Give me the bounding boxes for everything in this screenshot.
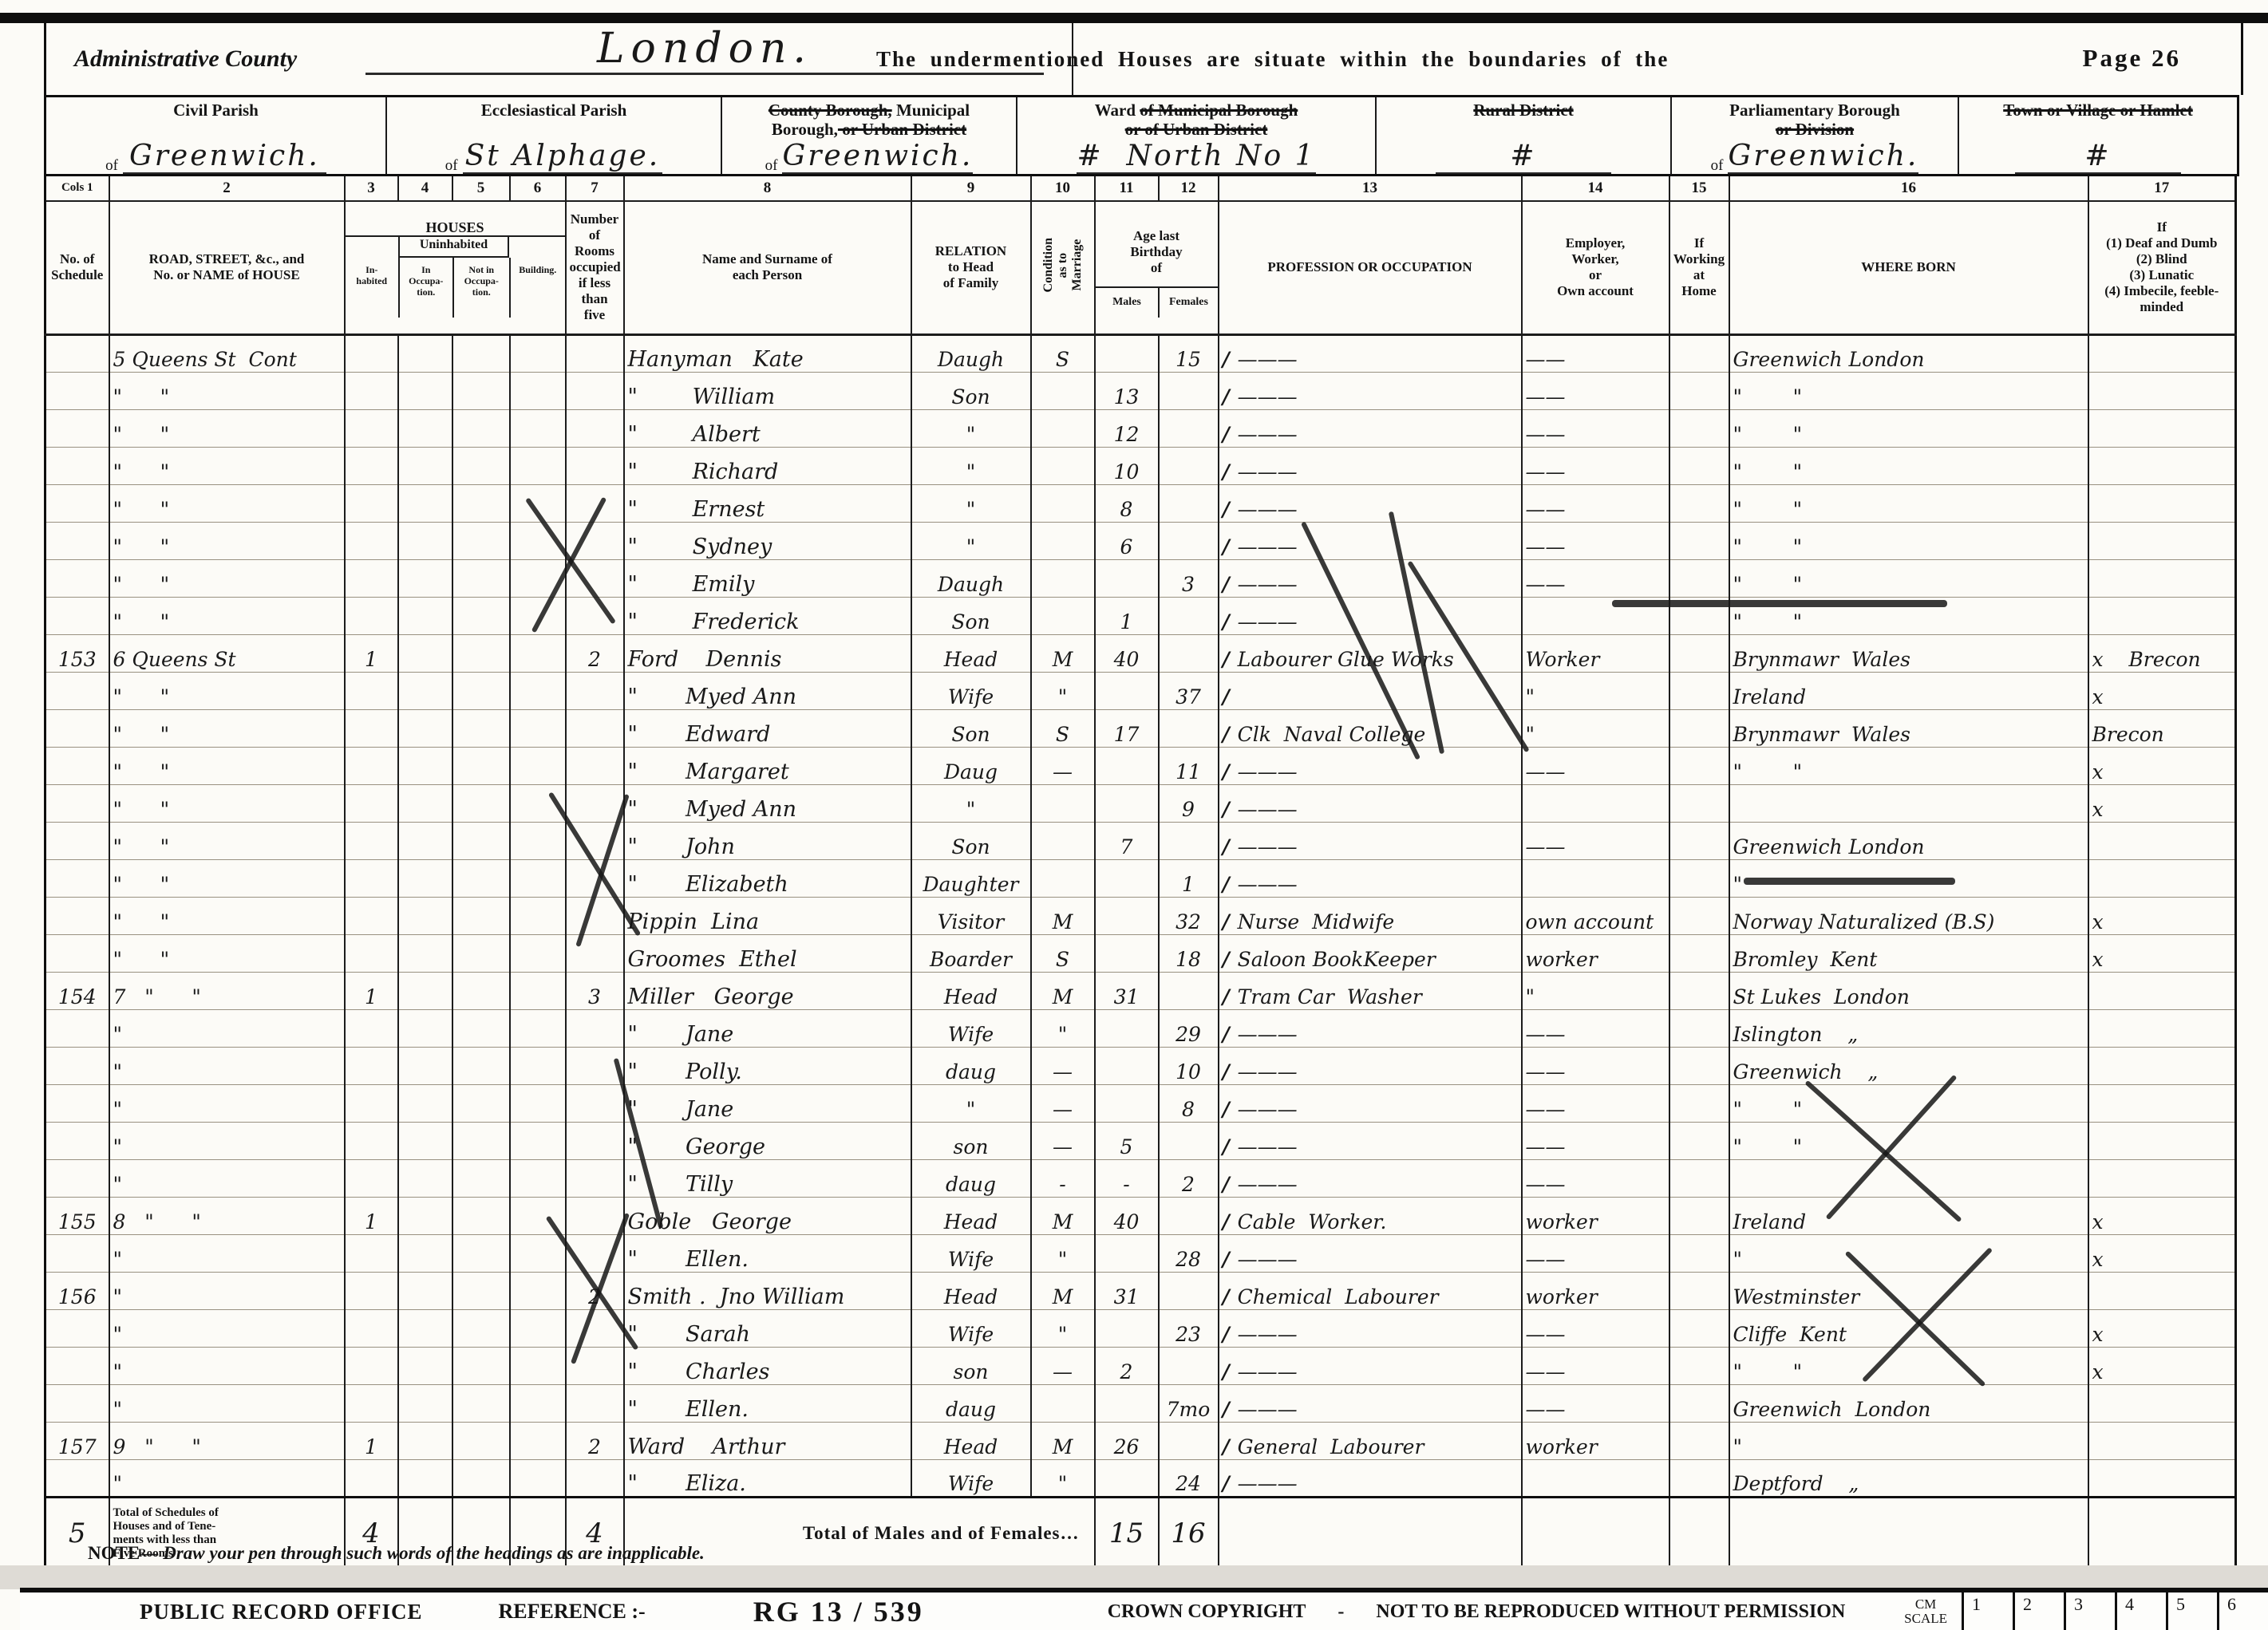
census-row: " "" EmilyDaugh3/—————" " [45,559,2236,597]
cell-relation: Visitor [911,897,1031,934]
cell-relation-value: " [966,1098,976,1121]
cell-infirmity [2088,1422,2236,1459]
cell-age_m [1095,934,1159,972]
cell-infirmity: x [2088,747,2236,784]
cell-at_home [1669,1122,1729,1159]
cell-condition: M [1031,1197,1095,1234]
cell-employer-value: worker [1526,1435,1598,1458]
census-row: " "" EdwardSonS17/Clk Naval College"Bryn… [45,709,2236,747]
cell-uninh_occ [398,1084,452,1122]
cell-age_m [1095,1309,1159,1347]
census-row: " "" Sydney"6/—————" " [45,522,2236,559]
pen-tick-icon: / [1223,1398,1230,1421]
cell-rooms [566,1309,624,1347]
cell-born-value: " " [1733,1135,1803,1158]
cell-occupation: /——— [1219,1122,1522,1159]
cell-uninh_not [452,1272,510,1309]
cell-occupation: /——— [1219,1309,1522,1347]
cell-road: " " [109,559,345,597]
cell-rooms [566,1047,624,1084]
cell-age_f [1159,1422,1219,1459]
cell-employer [1522,784,1669,822]
cell-employer: —— [1522,372,1669,409]
col-number: 14 [1522,176,1669,201]
cell-name: " Ernest [624,484,911,522]
pen-tick-icon: / [1223,798,1230,821]
cell-age_m: 8 [1095,484,1159,522]
cell-age_f: 32 [1159,897,1219,934]
municipal-borough-value: Greenwich. [782,140,973,175]
cell-age_f-value: 37 [1175,685,1201,708]
footnote-text: Draw your pen through such words of the … [163,1543,705,1563]
cell-relation-value: Head [944,648,998,671]
cell-condition [1031,822,1095,859]
cell-uninh_not [452,1347,510,1384]
cell-age_f [1159,822,1219,859]
cell-relation-value: " [966,460,976,483]
cell-occupation-value: ——— [1238,1248,1298,1271]
cell-road-value: " [113,1323,123,1346]
cell-employer-value: —— [1526,573,1566,596]
cell-born: Deptford „ [1729,1459,2088,1497]
cell-road-value: " [113,1472,123,1495]
cell-born-value: Westminster [1733,1285,1860,1308]
cell-name: Ward Arthur [624,1422,911,1459]
cell-infirmity-value: x [2092,1248,2104,1271]
cell-road-value: 8 " " [113,1210,201,1233]
header-age-group: Age last Birthday of Males Females [1095,201,1219,335]
cell-schedule [45,672,109,709]
cell-employer: worker [1522,1197,1669,1234]
cell-age_m: 40 [1095,634,1159,672]
pen-tick-icon: / [1223,760,1230,783]
cell-condition [1031,484,1095,522]
parliamentary-borough-cell: Parliamentary Borough or Division ofGree… [1670,97,1958,176]
cell-age_f: 10 [1159,1047,1219,1084]
cell-age_f-value: 24 [1175,1472,1201,1495]
cell-uninh_occ [398,747,452,784]
cell-uninh_occ [398,1009,452,1047]
cell-road: " " [109,747,345,784]
cell-name: " Jane [624,1009,911,1047]
cell-building [510,1122,566,1159]
cell-name: " Myed Ann [624,672,911,709]
cell-born-value: " " [1733,498,1803,521]
cell-uninh_occ [398,447,452,484]
cell-name: " Emily [624,559,911,597]
cell-rooms [566,897,624,934]
cell-occupation-value: ——— [1238,385,1298,408]
cell-road: " " [109,597,345,634]
cell-uninh_occ [398,1122,452,1159]
cell-uninh_occ [398,934,452,972]
of-label: of [105,157,118,175]
cell-born-value: Brynmawr Wales [1733,723,1910,746]
col-number: 9 [911,176,1031,201]
header-employer: Employer, Worker, or Own account [1522,201,1669,335]
scale-box: 5 [2166,1593,2217,1630]
cell-condition [1031,597,1095,634]
header-houses: HOUSES [346,218,565,237]
cell-road-value: " " [113,460,170,483]
cell-road: " [109,1347,345,1384]
header-building: Building. [509,258,565,318]
cell-road-value: " [113,1360,123,1383]
cell-occupation-value: Tram Car Washer [1238,985,1422,1008]
cell-road: 8 " " [109,1197,345,1234]
cell-road-value: " " [113,723,170,746]
struck-text: of Municipal Borough [1140,101,1298,120]
cell-employer [1522,597,1669,634]
cell-condition: - [1031,1159,1095,1197]
cell-empty [1219,1497,1522,1570]
census-row: " "" Myed Ann"9/———x [45,784,2236,822]
cell-inhabited [345,784,398,822]
cell-infirmity [2088,859,2236,897]
cell-rooms [566,334,624,372]
cell-building [510,1347,566,1384]
cell-condition [1031,559,1095,597]
cell-born [1729,1159,2088,1197]
cell-at_home [1669,972,1729,1009]
cell-inhabited: 1 [345,1422,398,1459]
cell-born: " " [1729,447,2088,484]
cell-relation-value: son [954,1360,989,1383]
cell-uninh_not [452,1422,510,1459]
cell-born-value: " " [1733,460,1803,483]
cell-uninh_occ [398,822,452,859]
cell-age_m-value: 7 [1120,835,1133,858]
cell-age_m [1095,1234,1159,1272]
cell-road-value: " " [113,573,170,596]
cell-condition: M [1031,1422,1095,1459]
cell-age_m-value: 31 [1114,985,1140,1008]
cell-schedule [45,1047,109,1084]
cell-born: Greenwich London [1729,1384,2088,1422]
cell-occupation-value: ——— [1238,1098,1298,1121]
cell-road: " " [109,672,345,709]
cell-road-value: " " [113,798,170,821]
cell-infirmity [2088,1122,2236,1159]
column-numbers-row: Cols 1 2 3 4 5 6 7 8 9 10 11 12 13 14 15… [45,176,2236,201]
cell-name-value: " Frederick [628,610,800,634]
cell-inhabited-value: 1 [365,1210,377,1233]
cell-occupation-value: ——— [1238,423,1298,446]
cell-name-value: " Elizabeth [628,872,788,897]
cell-uninh_not [452,822,510,859]
cell-building [510,334,566,372]
cell-uninh_not [452,634,510,672]
cell-occupation-value: ——— [1238,1472,1298,1495]
cell-employer: worker [1522,1272,1669,1309]
cell-age_f: 3 [1159,559,1219,597]
cell-infirmity: x [2088,934,2236,972]
cell-occupation-value: Nurse Midwife [1238,910,1394,933]
cell-name-value: Hanyman Kate [628,347,804,372]
cell-born-value: " " [1733,573,1803,596]
cell-rooms [566,1347,624,1384]
cell-relation-value: daug [946,1060,996,1083]
cell-uninh_not [452,672,510,709]
footnote-label: NOTE— [88,1543,158,1563]
pen-tick-icon: / [1223,835,1230,858]
cell-road-value: " " [113,535,170,558]
cell-uninh_occ [398,484,452,522]
cell-road-value: " [113,1135,123,1158]
header-relation: RELATION to Head of Family [911,201,1031,335]
pen-tick-icon: / [1223,535,1230,558]
cell-building [510,559,566,597]
cell-condition-value: — [1053,760,1073,783]
cell-employer-value: —— [1526,535,1566,558]
footer-reference-value: RG 13 / 539 [753,1595,924,1628]
cell-age_f: 18 [1159,934,1219,972]
pen-tick-icon: / [1223,1248,1230,1271]
cell-born-value: " " [1733,1098,1803,1121]
cell-born-value: " [1733,1248,1743,1271]
cell-name: " Ellen. [624,1384,911,1422]
census-row: "" Eliza.Wife"24/———Deptford „ [45,1459,2236,1497]
cell-age_m: 40 [1095,1197,1159,1234]
census-row: " "" ElizabethDaughter1/———" [45,859,2236,897]
cell-relation-value: Wife [948,685,994,708]
cell-name-value: Smith . Jno William [628,1285,845,1309]
col-number: 4 [398,176,452,201]
cell-relation: son [911,1122,1031,1159]
cell-name: " Elizabeth [624,859,911,897]
cell-inhabited [345,447,398,484]
cell-born-value: Greenwich London [1733,835,1925,858]
cell-age_m-value: 40 [1114,1210,1140,1233]
cell-age_m [1095,559,1159,597]
cell-at_home [1669,709,1729,747]
cell-rooms [566,1009,624,1047]
cell-uninh_occ [398,1384,452,1422]
cell-employer: —— [1522,559,1669,597]
cell-rooms [566,522,624,559]
cell-infirmity: x [2088,1309,2236,1347]
scale-box: 6 [2217,1593,2268,1630]
town-village-cell: Town or Village or Hamlet # [1958,97,2237,176]
cell-relation-value: Head [944,1210,998,1233]
cell-born: Bromley Kent [1729,934,2088,972]
cell-age_f-value: 18 [1175,948,1201,971]
cell-road-value: " " [113,910,170,933]
cell-rooms [566,1122,624,1159]
cell-born: Greenwich London [1729,334,2088,372]
cell-age_m [1095,1084,1159,1122]
cell-occupation-value: ——— [1238,1323,1298,1346]
cell-age_m: 31 [1095,1272,1159,1309]
cell-born-value: Greenwich „ [1733,1060,1879,1083]
cell-schedule-value: 155 [58,1210,97,1233]
admin-band: Administrative County London. The underm… [44,23,2243,95]
footer-scale-boxes: 1 2 3 4 5 6 [1962,1593,2268,1630]
civil-parish-label: Civil Parish [46,97,385,120]
cell-age_m-value: - [1123,1173,1129,1196]
cell-condition: M [1031,897,1095,934]
cell-employer: —— [1522,447,1669,484]
cell-inhabited [345,1234,398,1272]
cell-relation-value: Wife [948,1248,994,1271]
cell-schedule-value: 156 [58,1285,97,1308]
cell-inhabited [345,597,398,634]
cell-uninh_occ [398,859,452,897]
cell-age_m: 7 [1095,822,1159,859]
pen-tick-icon: / [1223,573,1230,596]
header-uninhabited: Uninhabited [398,237,509,258]
col-number: 3 [345,176,398,201]
pen-tick-icon: / [1223,910,1230,933]
cell-occupation-value: Chemical Labourer [1238,1285,1439,1308]
cell-employer: —— [1522,1309,1669,1347]
cell-occupation-value: ——— [1238,1173,1298,1196]
cell-inhabited: 1 [345,972,398,1009]
census-row: 1579 " "12Ward ArthurHeadM26/General Lab… [45,1422,2236,1459]
cell-age_f: 1 [1159,859,1219,897]
pen-tick-icon: / [1223,610,1230,633]
total-males-value: 15 [1109,1518,1144,1549]
page-number: Page 26 [2083,44,2181,73]
struck-text: or of Urban District [1125,120,1268,139]
cell-born: Cliffe Kent [1729,1309,2088,1347]
cell-building [510,1234,566,1272]
cell-inhabited [345,709,398,747]
cell-born: Norway Naturalized (B.S) [1729,897,2088,934]
cell-road-value: 9 " " [113,1435,201,1458]
cell-occupation: /——— [1219,1047,1522,1084]
cell-at_home [1669,672,1729,709]
cell-employer: —— [1522,1384,1669,1422]
cell-employer [1522,1459,1669,1497]
cell-building [510,784,566,822]
cell-age_f: 23 [1159,1309,1219,1347]
cell-condition: " [1031,1009,1095,1047]
cell-relation: Wife [911,672,1031,709]
cell-relation: daug [911,1384,1031,1422]
cell-employer-value: " [1526,723,1535,746]
cell-born-value: Islington „ [1733,1023,1859,1046]
census-row: " "" Richard"10/—————" " [45,447,2236,484]
cell-schedule [45,897,109,934]
cell-name-value: Ford Dennis [628,647,782,672]
cell-infirmity [2088,447,2236,484]
cell-occupation-value: ——— [1238,460,1298,483]
cell-road: " [109,1234,345,1272]
cell-name-value: Pippin Lina [628,910,760,934]
scale-box: 4 [2115,1593,2166,1630]
cell-name-value: " Richard [628,460,779,484]
cell-road: " " [109,859,345,897]
cell-inhabited [345,1047,398,1084]
ecclesiastical-parish-handwriting: St Alphage. [465,140,661,172]
cell-relation-value: Head [944,1435,998,1458]
cell-age_m [1095,1047,1159,1084]
cell-empty [1729,1497,2088,1570]
cell-relation: Head [911,1422,1031,1459]
cell-condition-value: " [1058,1023,1068,1046]
cell-uninh_occ [398,334,452,372]
cell-rooms [566,709,624,747]
cell-employer-value: —— [1526,760,1566,783]
cell-relation-value: daug [946,1173,996,1196]
cell-road-value: " " [113,610,170,633]
cell-uninh_not [452,784,510,822]
cell-relation: " [911,522,1031,559]
cell-inhabited [345,334,398,372]
cell-employer-value: —— [1526,1360,1566,1383]
cell-born-value: " " [1733,610,1803,633]
cell-age_f [1159,634,1219,672]
cell-born-value: " " [1733,535,1803,558]
cell-age_f [1159,1197,1219,1234]
cell-condition-value: - [1059,1173,1065,1196]
footer-notice: NOT TO BE REPRODUCED WITHOUT PERMISSION [1376,1601,1845,1623]
cell-road: 9 " " [109,1422,345,1459]
cell-relation-value: Visitor [938,910,1004,933]
cell-name: " Ellen. [624,1234,911,1272]
label-text: Parliamentary Borough [1729,101,1900,120]
cell-infirmity [2088,597,2236,634]
cell-schedule [45,747,109,784]
cell-schedule [45,597,109,634]
cell-name: Hanyman Kate [624,334,911,372]
cell-age_m: 12 [1095,409,1159,447]
label-text: Ward [1095,101,1140,120]
census-row: "" Polly.daug—10/—————Greenwich „ [45,1047,2236,1084]
census-row: "" Ellen.Wife"28/—————"x [45,1234,2236,1272]
cell-name-value: " Sarah [628,1322,750,1347]
cell-total-males: 15 [1095,1497,1159,1570]
pen-tick-icon: / [1223,985,1230,1008]
cell-occupation: /——— [1219,1459,1522,1497]
cell-condition-value: M [1053,1435,1073,1458]
cell-rooms: 2 [566,1272,624,1309]
header-houses-group: HOUSES Uninhabited In- habited In Occupa… [345,201,566,335]
cell-relation: son [911,1347,1031,1384]
cell-occupation: /——— [1219,559,1522,597]
cell-inhabited [345,672,398,709]
cell-road-value: " [113,1098,123,1121]
cell-name: " Edward [624,709,911,747]
cell-rooms [566,597,624,634]
cell-age_m [1095,747,1159,784]
cell-condition [1031,784,1095,822]
cell-rooms: 2 [566,1422,624,1459]
col-number: 6 [510,176,566,201]
cell-name-value: " Myed Ann [628,685,797,709]
cell-road-value: " " [113,685,170,708]
cell-condition: " [1031,1309,1095,1347]
cell-employer: —— [1522,334,1669,372]
cell-age_m: - [1095,1159,1159,1197]
cell-condition-value: M [1053,648,1073,671]
cell-employer-value: —— [1526,385,1566,408]
cell-name: Goble George [624,1197,911,1234]
cell-inhabited [345,1084,398,1122]
cell-age_m: 26 [1095,1422,1159,1459]
cell-condition [1031,859,1095,897]
cell-relation-value: " [966,498,976,521]
cell-at_home [1669,634,1729,672]
cell-employer-value: —— [1526,1023,1566,1046]
pen-tick-icon: / [1223,1135,1230,1158]
cell-condition: — [1031,747,1095,784]
cell-name-value: " William [628,385,776,409]
header-infirmity: If (1) Deaf and Dumb (2) Blind (3) Lunat… [2088,201,2236,335]
cell-employer: —— [1522,484,1669,522]
cell-age_m-value: 1 [1120,610,1133,633]
